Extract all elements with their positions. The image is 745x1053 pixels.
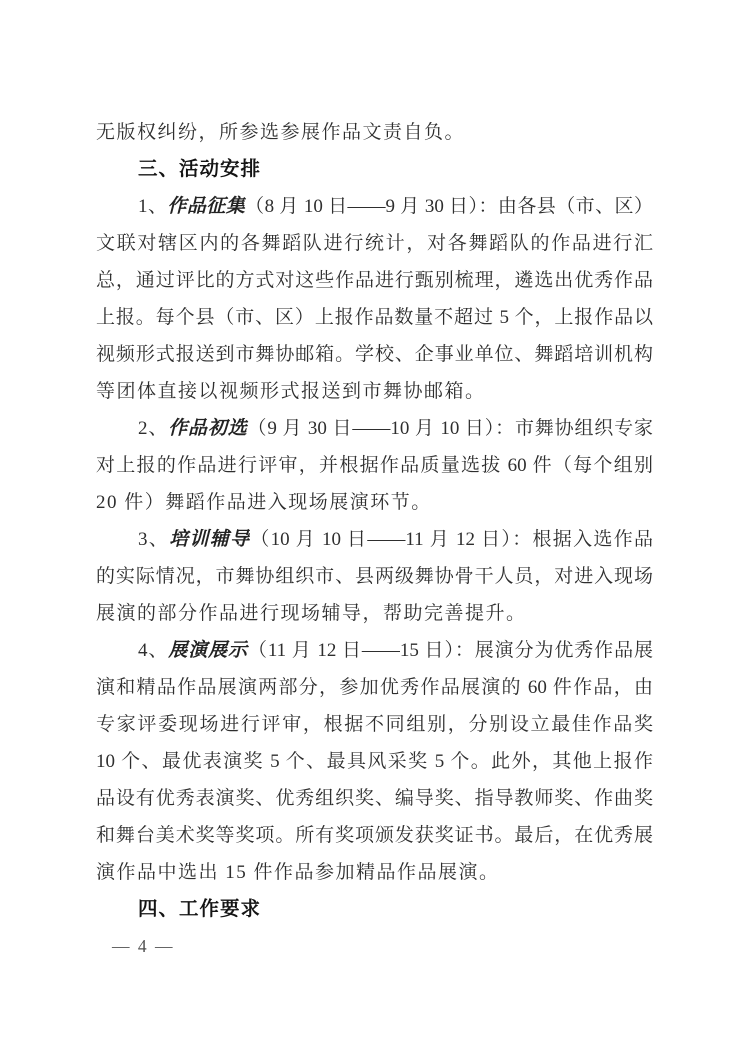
- text-line: 演和精品作品展演两部分，参加优秀作品展演的 60 件作品，由: [96, 669, 653, 706]
- text-line: 4、展演展示（11 月 12 日——15 日）：展演分为优秀作品展: [96, 632, 653, 669]
- text-line: 总，通过评比的方式对这些作品进行甄别梳理，遴选出优秀作品: [96, 262, 653, 299]
- page-number: — 4 —: [112, 928, 175, 965]
- text-segment: （10 月 10 日——11 月 12 日）：根据入选作品: [250, 529, 653, 550]
- text-line: 无版权纠纷，所参选参展作品文责自负。: [96, 114, 653, 151]
- text-line: 专家评委现场进行评审，根据不同组别，分别设立最佳作品奖: [96, 706, 653, 743]
- text-line: 演作品中选出 15 件作品参加精品作品展演。: [96, 854, 653, 891]
- text-line: 品设有优秀表演奖、优秀组织奖、编导奖、指导教师奖、作曲奖: [96, 780, 653, 817]
- text-line: 2、作品初选（9 月 30 日——10 月 10 日）：市舞协组织专家: [96, 410, 653, 447]
- text-segment: 3、: [138, 529, 169, 550]
- text-line: 视频形式报送到市舞协邮箱。学校、企事业单位、舞蹈培训机构: [96, 336, 653, 373]
- document-page: 无版权纠纷，所参选参展作品文责自负。三、活动安排1、作品征集（8 月 10 日—…: [0, 0, 745, 1053]
- text-line: 对上报的作品进行评审，并根据作品质量选拔 60 件（每个组别: [96, 447, 653, 484]
- text-segment: （8 月 10 日——9 月 30 日）：由各县（市、区）: [245, 196, 653, 217]
- document-body: 无版权纠纷，所参选参展作品文责自负。三、活动安排1、作品征集（8 月 10 日—…: [96, 114, 653, 928]
- text-line: 的实际情况，市舞协组织市、县两级舞协骨干人员，对进入现场: [96, 558, 653, 595]
- text-line: 等团体直接以视频形式报送到市舞协邮箱。: [96, 373, 653, 410]
- text-segment: 4、: [138, 640, 168, 661]
- section-heading: 三、活动安排: [96, 151, 653, 188]
- item-title: 展演展示: [168, 640, 248, 661]
- item-title: 培训辅导: [169, 529, 250, 550]
- text-segment: 2、: [138, 418, 168, 439]
- text-line: 上报。每个县（市、区）上报作品数量不超过 5 个，上报作品以: [96, 299, 653, 336]
- text-segment: （9 月 30 日——10 月 10 日）：市舞协组织专家: [248, 418, 653, 439]
- text-line: 展演的部分作品进行现场辅导，帮助完善提升。: [96, 595, 653, 632]
- text-line: 和舞台美术奖等奖项。所有奖项颁发获奖证书。最后，在优秀展: [96, 817, 653, 854]
- item-title: 作品初选: [168, 418, 247, 439]
- text-line: 10 个、最优表演奖 5 个、最具风采奖 5 个。此外，其他上报作: [96, 743, 653, 780]
- text-line: 3、培训辅导（10 月 10 日——11 月 12 日）：根据入选作品: [96, 521, 653, 558]
- item-title: 作品征集: [167, 196, 245, 217]
- section-heading: 四、工作要求: [96, 891, 653, 928]
- text-segment: （11 月 12 日——15 日）：展演分为优秀作品展: [248, 640, 653, 661]
- text-segment: 1、: [138, 196, 167, 217]
- text-line: 20 件）舞蹈作品进入现场展演环节。: [96, 484, 653, 521]
- text-line: 文联对辖区内的各舞蹈队进行统计，对各舞蹈队的作品进行汇: [96, 225, 653, 262]
- text-line: 1、作品征集（8 月 10 日——9 月 30 日）：由各县（市、区）: [96, 188, 653, 225]
